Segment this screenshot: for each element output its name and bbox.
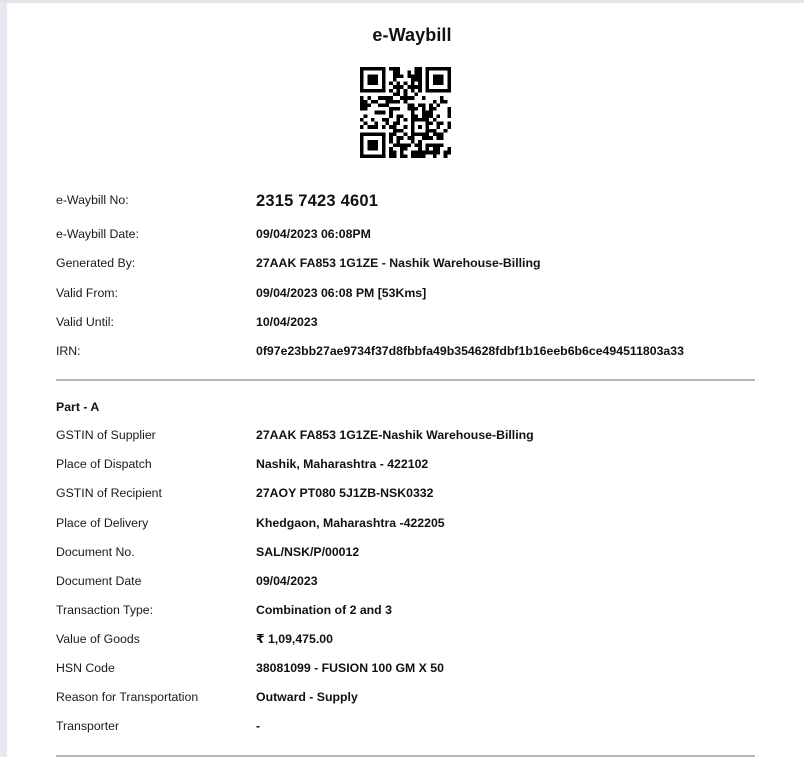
field-ewaybill-date: e-Waybill Date: 09/04/2023 06:08PM <box>56 224 776 244</box>
field-label: Reason for Transportation <box>56 687 198 707</box>
field-valid-until: Valid Until: 10/04/2023 <box>56 312 776 332</box>
field-transaction-type: Transaction Type: Combination of 2 and 3 <box>56 600 776 620</box>
field-value: Outward - Supply <box>256 687 358 707</box>
field-hsn-code: HSN Code 38081099 - FUSION 100 GM X 50 <box>56 658 776 678</box>
field-label: Valid From: <box>56 283 118 303</box>
field-value: - <box>256 716 260 736</box>
field-label: Place of Delivery <box>56 513 148 533</box>
field-label: Value of Goods <box>56 629 140 649</box>
qr-code-icon <box>360 67 451 158</box>
field-value: Combination of 2 and 3 <box>256 600 392 620</box>
field-document-no: Document No. SAL/NSK/P/00012 <box>56 542 776 562</box>
part-a-title: Part - A <box>56 397 99 417</box>
field-label: Transaction Type: <box>56 600 153 620</box>
field-label: Transporter <box>56 716 119 736</box>
field-value: Nashik, Maharashtra - 422102 <box>256 454 428 474</box>
field-label: e-Waybill Date: <box>56 224 139 244</box>
field-transporter: Transporter - <box>56 716 776 736</box>
field-value: 10/04/2023 <box>256 312 318 332</box>
field-value: 38081099 - FUSION 100 GM X 50 <box>256 658 444 678</box>
field-value: 27AOY PT080 5J1ZB-NSK0332 <box>256 483 434 503</box>
irn-value: 0f97e23bb27ae9734f37d8fbbfa49b354628fdbf… <box>256 341 684 361</box>
field-value: 09/04/2023 <box>256 571 318 591</box>
field-ewaybill-no: e-Waybill No: 2315 7423 4601 <box>56 190 776 210</box>
field-label: IRN: <box>56 341 81 361</box>
field-place-of-delivery: Place of Delivery Khedgaon, Maharashtra … <box>56 513 776 533</box>
field-label: Document Date <box>56 571 141 591</box>
field-value: ₹ 1,09,475.00 <box>256 629 333 649</box>
ewaybill-document: e-Waybill e-Waybill No: 2315 7423 4601 e… <box>7 3 804 757</box>
field-value: Khedgaon, Maharashtra -422205 <box>256 513 445 533</box>
field-label: Document No. <box>56 542 135 562</box>
field-generated-by: Generated By: 27AAK FA853 1G1ZE - Nashik… <box>56 253 776 273</box>
ewaybill-number: 2315 7423 4601 <box>256 191 378 211</box>
field-document-date: Document Date 09/04/2023 <box>56 571 776 591</box>
field-value: 09/04/2023 06:08 PM [53Kms] <box>256 283 426 303</box>
field-irn: IRN: 0f97e23bb27ae9734f37d8fbbfa49b35462… <box>56 341 776 361</box>
document-title: e-Waybill <box>7 25 804 46</box>
field-label: Valid Until: <box>56 312 114 332</box>
field-label: GSTIN of Supplier <box>56 425 156 445</box>
left-gutter <box>0 0 7 757</box>
field-value: 27AAK FA853 1G1ZE-Nashik Warehouse-Billi… <box>256 425 534 445</box>
field-value-of-goods: Value of Goods ₹ 1,09,475.00 <box>56 629 776 649</box>
field-label: Place of Dispatch <box>56 454 152 474</box>
field-value: 27AAK FA853 1G1ZE - Nashik Warehouse-Bil… <box>256 253 541 273</box>
field-label: GSTIN of Recipient <box>56 483 162 503</box>
field-value: 09/04/2023 06:08PM <box>256 224 371 244</box>
field-place-of-dispatch: Place of Dispatch Nashik, Maharashtra - … <box>56 454 776 474</box>
field-label: Generated By: <box>56 253 135 273</box>
section-divider <box>56 379 755 381</box>
field-reason-for-transportation: Reason for Transportation Outward - Supp… <box>56 687 776 707</box>
field-valid-from: Valid From: 09/04/2023 06:08 PM [53Kms] <box>56 283 776 303</box>
field-label: HSN Code <box>56 658 115 678</box>
field-value: SAL/NSK/P/00012 <box>256 542 359 562</box>
field-label: e-Waybill No: <box>56 190 129 210</box>
field-gstin-supplier: GSTIN of Supplier 27AAK FA853 1G1ZE-Nash… <box>56 425 776 445</box>
field-gstin-recipient: GSTIN of Recipient 27AOY PT080 5J1ZB-NSK… <box>56 483 776 503</box>
